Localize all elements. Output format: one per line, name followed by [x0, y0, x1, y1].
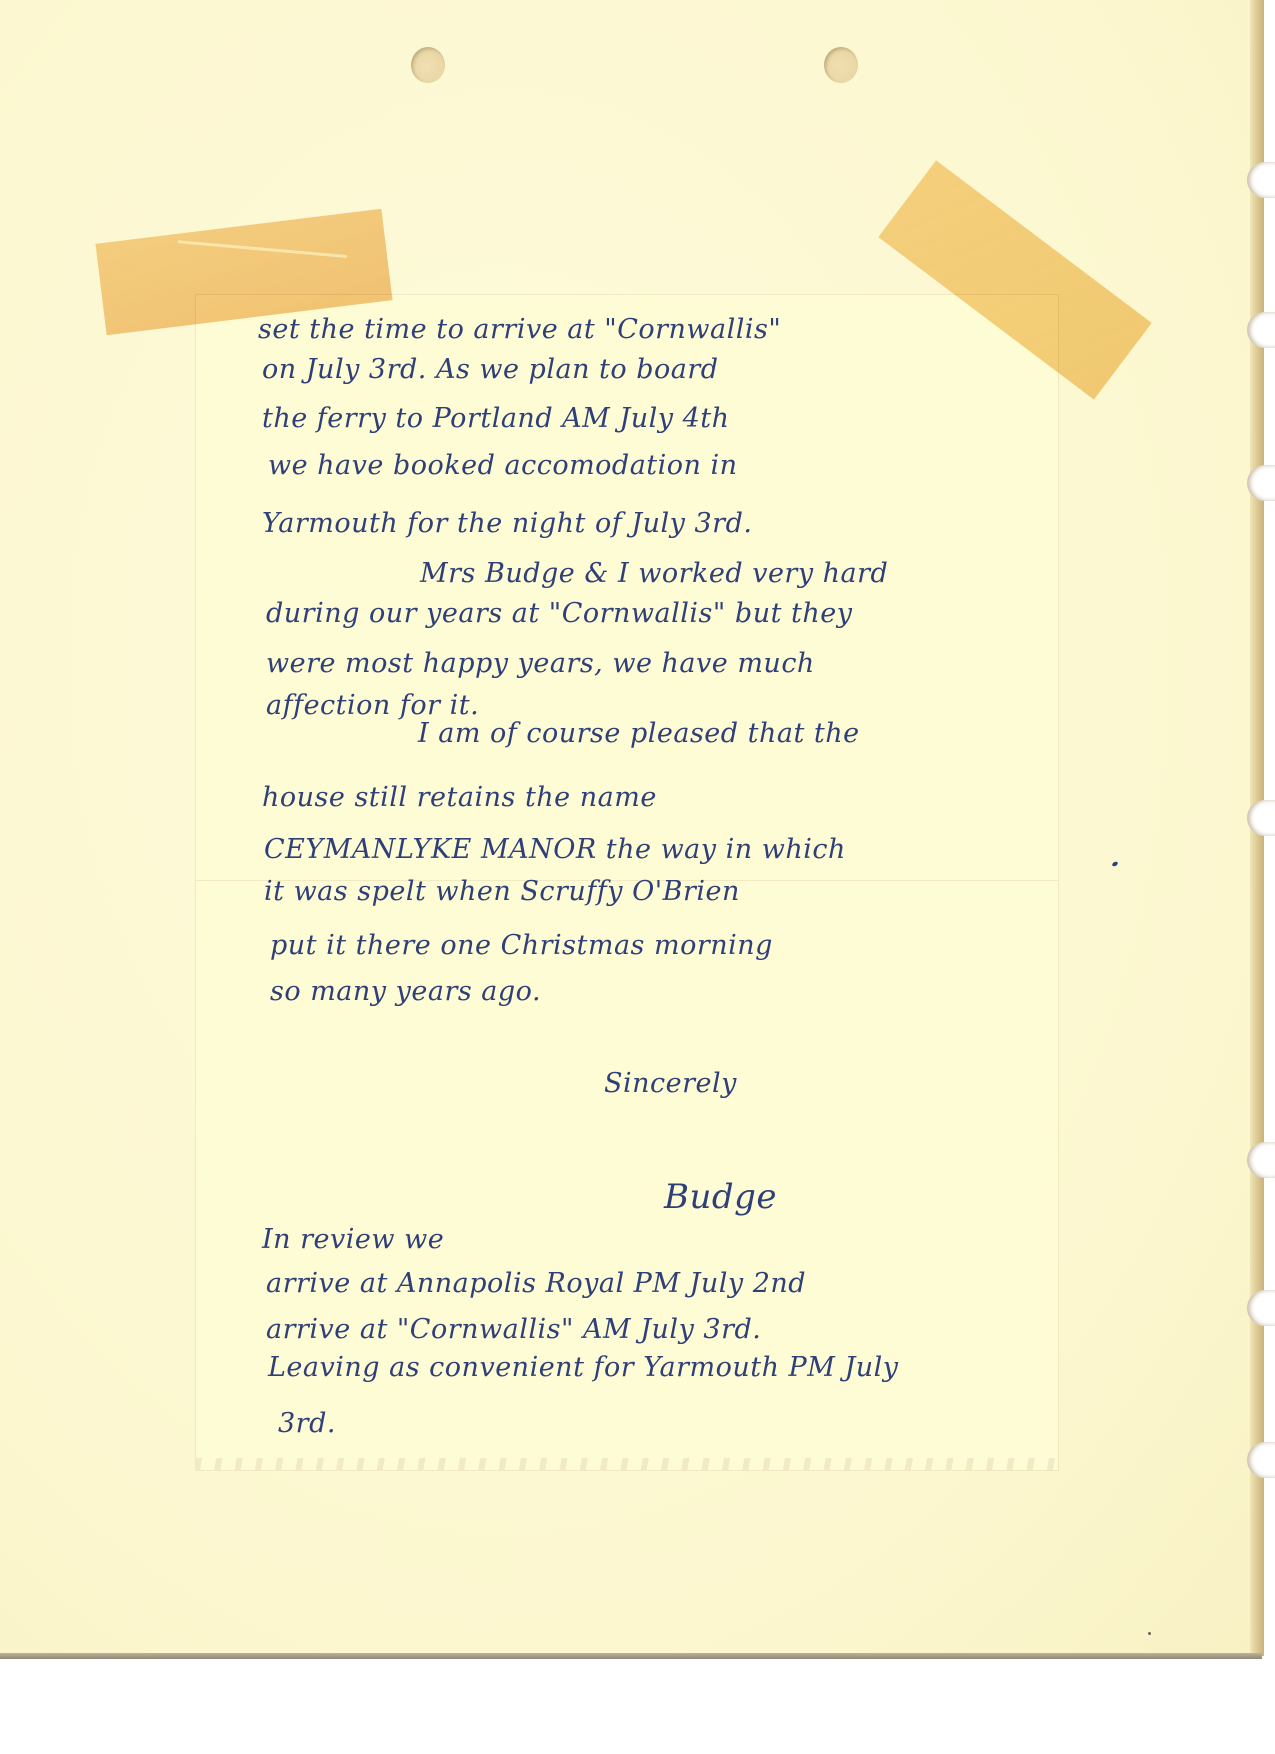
- letter-line: on July 3rd. As we plan to board: [262, 356, 719, 383]
- postscript-line: arrive at "Cornwallis" AM July 3rd.: [266, 1316, 761, 1343]
- letter-line: Mrs Budge & I worked very hard: [420, 560, 888, 587]
- letter-line: CEYMANLYKE MANOR the way in which: [264, 836, 846, 863]
- postscript-line: arrive at Annapolis Royal PM July 2nd: [266, 1270, 806, 1297]
- letter-line: put it there one Christmas morning: [270, 932, 773, 959]
- postscript-line: In review we: [262, 1226, 444, 1253]
- letter-closing: Sincerely: [604, 1070, 737, 1097]
- binder-ring-tab: [1247, 312, 1275, 348]
- letter-line: affection for it.: [266, 692, 479, 719]
- dust-speck: [1148, 1632, 1151, 1635]
- letter-signature: Budge: [664, 1180, 777, 1214]
- punch-hole-left: [411, 47, 445, 83]
- binder-ring-tab: [1247, 1290, 1275, 1326]
- letter-line: the ferry to Portland AM July 4th: [262, 405, 730, 432]
- letter-line: house still retains the name: [262, 784, 657, 811]
- letter-line: it was spelt when Scruffy O'Brien: [264, 878, 740, 905]
- postscript-line: 3rd.: [278, 1410, 336, 1437]
- letter-line: so many years ago.: [270, 978, 541, 1005]
- letter-line: Yarmouth for the night of July 3rd.: [262, 510, 752, 537]
- binder-ring-tab: [1247, 800, 1275, 836]
- postscript-line: Leaving as convenient for Yarmouth PM Ju…: [268, 1354, 899, 1381]
- punch-hole-right: [824, 47, 858, 83]
- binder-ring-tab: [1247, 1142, 1275, 1178]
- letter-line: were most happy years, we have much: [266, 650, 815, 677]
- torn-bottom-edge: [196, 1458, 1058, 1470]
- letter-line: during our years at "Cornwallis" but the…: [266, 600, 853, 627]
- binder-ring-tab: [1247, 162, 1275, 198]
- letter-line: set the time to arrive at "Cornwallis": [258, 316, 781, 343]
- letter-line: we have booked accomodation in: [268, 452, 738, 479]
- album-page-bottom-edge: [0, 1653, 1262, 1659]
- binder-ring-tab: [1247, 465, 1275, 501]
- letter-line: I am of course pleased that the: [418, 720, 860, 747]
- binder-ring-tab: [1247, 1442, 1275, 1478]
